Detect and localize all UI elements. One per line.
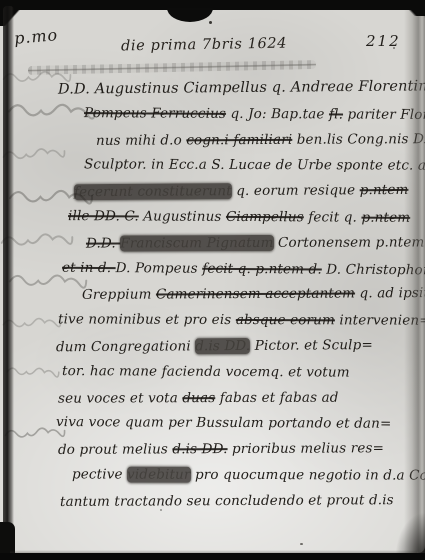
manuscript-body: D.D. Augustinus Ciampellus q. Andreae Fl…	[0, 80, 425, 519]
manuscript-line: tive nominibus et pro eis absque eorum i…	[58, 312, 425, 339]
manuscript-line: Sculptor. in Ecc.a S. Lucae de Urbe spon…	[84, 157, 425, 184]
text-segment: dum Congregationi	[56, 338, 195, 355]
struck-text: cogn.i familiari	[186, 131, 292, 148]
struck-text: d.is DD.	[195, 338, 250, 354]
text-segment: tive nominibus et pro eis	[58, 312, 236, 329]
manuscript-line: tor. hac mane facienda vocemq. et votum	[62, 363, 425, 391]
manuscript-line: Greppium Camerinensem acceptantem q. ad …	[82, 285, 425, 313]
struck-text: videbitur	[127, 467, 191, 483]
manuscript-line: tantum tractando seu concludendo et prou…	[60, 492, 425, 520]
text-segment: q. Jo: Bap.tae	[226, 106, 329, 123]
manuscript-line: D.D. Franciscum Pignatum Cortonensem p.n…	[86, 234, 425, 261]
struck-text: d.is DD.	[172, 441, 227, 457]
manuscript-line: pective videbitur pro quocumque negotio …	[72, 466, 425, 493]
top-right-corner	[363, 0, 425, 16]
text-segment: fabas et fabas ad	[215, 389, 338, 405]
struck-text: D.D.	[86, 235, 120, 251]
struck-text: fecerunt constituerunt	[74, 183, 232, 200]
ink-speck	[393, 47, 395, 49]
struck-text: Camerinensem acceptantem	[156, 286, 355, 303]
struck-text: p.ntem	[360, 182, 409, 198]
manuscript-line: viva voce quam per Bussulam portando et …	[56, 414, 425, 442]
manuscript-line: seu voces et vota duas fabas et fabas ad	[58, 389, 425, 416]
erased-line-smudge	[28, 60, 316, 75]
text-segment: do prout melius	[58, 442, 173, 459]
bottom-border	[0, 553, 425, 560]
margin-note: p.mo	[13, 25, 59, 48]
struck-text: et in d.	[62, 259, 116, 275]
manuscript-line: et in d. D. Pompeus fecit q. p.ntem d. D…	[62, 259, 425, 287]
text-segment: tor. hac mane facienda vocemq. et votum	[62, 363, 350, 381]
text-segment: fecit q.	[304, 209, 362, 225]
text-segment: Augustinus	[139, 208, 226, 224]
text-segment: D. Pompeus	[116, 260, 203, 277]
ink-speck	[300, 543, 303, 545]
text-segment: prioribus melius res=	[228, 440, 385, 457]
struck-text: duas	[182, 390, 215, 406]
ink-speck	[209, 21, 212, 24]
manuscript-line: D.D. Augustinus Ciampellus q. Andreae Fl…	[58, 78, 425, 107]
manuscript-line: nus mihi d.o cogn.i familiari ben.lis Co…	[96, 131, 425, 159]
struck-text: fecit q. p.ntem d.	[202, 260, 322, 277]
struck-text: Franciscum Pignatum	[120, 235, 273, 252]
manuscript-page: p.mo die prima 7bris 1624 212 D.D. Augus…	[0, 9, 425, 553]
manuscript-line: fecerunt constituerunt q. eorum resique …	[74, 182, 425, 210]
manuscript-scan: p.mo die prima 7bris 1624 212 D.D. Augus…	[0, 0, 425, 560]
manuscript-line: dum Congregationi d.is DD. Pictor. et Sc…	[56, 337, 425, 365]
page-edge-shadow	[404, 0, 425, 560]
text-segment: nus mihi d.o	[96, 132, 186, 148]
text-segment: pro quocumque negotio in d.a Cong.ne	[191, 467, 425, 484]
struck-text: fl.	[329, 106, 343, 122]
folio-number: 212	[366, 32, 401, 50]
text-segment: viva voce quam per Bussulam portando et …	[56, 414, 392, 432]
struck-text: absque eorum	[236, 312, 335, 328]
manuscript-line: Pompeus Ferruccius q. Jo: Bap.tae fl. pa…	[84, 105, 425, 133]
struck-text: ille DD. C.	[68, 208, 139, 224]
struck-text: p.ntem	[361, 210, 410, 226]
text-segment: Cortonensem p.ntem	[274, 234, 425, 251]
text-segment: Sculptor. in Ecc.a S. Lucae de Urbe spon…	[84, 157, 425, 174]
manuscript-line: ille DD. C. Augustinus Ciampellus fecit …	[68, 208, 425, 236]
binding-gutter	[3, 6, 14, 556]
ink-speck	[160, 509, 162, 511]
text-segment: Greppium	[82, 287, 156, 303]
date-heading: die prima 7bris 1624	[121, 36, 287, 55]
struck-text: Ciampellus	[226, 209, 304, 225]
text-segment: seu voces et vota	[58, 390, 182, 406]
text-segment: pective	[72, 466, 127, 482]
text-segment: tantum tractando seu concludendo et prou…	[60, 492, 394, 510]
manuscript-line: do prout melius d.is DD. prioribus meliu…	[58, 440, 425, 468]
text-segment: D.D. Augustinus Ciampellus q. Andreae Fl…	[58, 78, 425, 98]
struck-text: Pompeus Ferruccius	[84, 105, 226, 122]
text-segment: q. eorum resique	[232, 182, 360, 199]
text-segment: Pictor. et Sculp=	[250, 337, 373, 354]
